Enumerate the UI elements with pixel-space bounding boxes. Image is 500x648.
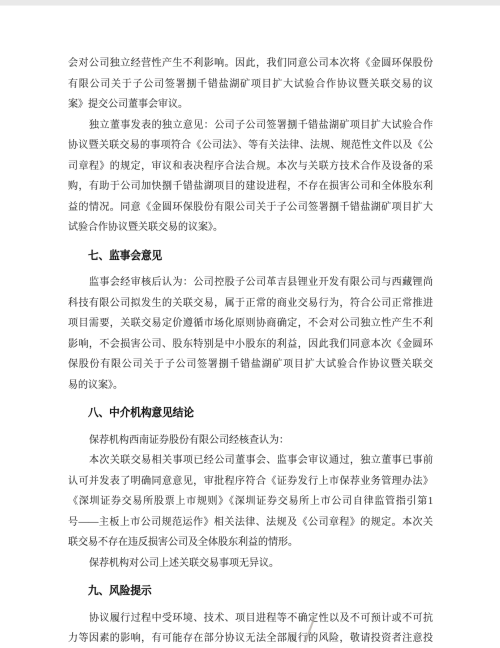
text-line: 会对公司独立经营性产生不利影响。因此，我们同意公司本次将《金圆环保股份 [68,54,433,75]
paragraph: 会对公司独立经营性产生不利影响。因此，我们同意公司本次将《金圆环保股份有限公司关… [68,54,433,116]
text-line: 保荐机构对公司上述关联交易事项无异议。 [68,554,433,575]
text-line: 有限公司关于子公司签署捌千错盐湖矿项目扩大试验合作协议暨关联交易的议 [68,75,433,96]
paragraph: 保荐机构西南证券股份有限公司经核查认为： [68,431,433,452]
text-line: 保荐机构西南证券股份有限公司经核查认为： [68,431,433,452]
text-line: 项目需要，关联交易定价遵循市场化原则协商确定，不会对公司独立性产生不利 [68,314,433,335]
text-line: 益的情况。同意《金圆环保股份有限公司关于子公司签署捌千错盐湖矿项目扩大 [68,198,433,219]
text-line: 购，有助于公司加快捌千错盐湖项目的建设进程，不存在损害公司和全体股东利 [68,177,433,198]
section-heading: 七、监事会意见 [68,247,433,268]
text-line: 《深圳证券交易所股票上市规则》《深圳证券交易所上市公司自律监管指引第1 [68,492,433,513]
text-line: 协议履行过程中受环境、技术、项目进程等不确定性以及不可预计或不可抗 [68,609,433,630]
text-line: 本次关联交易相关事项已经公司董事会、监事会审议通过，独立董事已事前 [68,451,433,472]
text-line: 力等因素的影响，有可能存在部分协议无法全部履行的风险，敬请投资者注意投 [68,629,433,648]
text-line: 案》提交公司董事会审议。 [68,95,433,116]
paragraph: 协议履行过程中受环境、技术、项目进程等不确定性以及不可预计或不可抗力等因素的影响… [68,609,433,648]
paragraph: 独立董事发表的独立意见：公司子公司签署捌千错盐湖矿项目扩大试验合作协议暨关联交易… [68,116,433,239]
text-line: 联交易不存在违反损害公司及全体股东利益的情形。 [68,533,433,554]
page-top-edge-strip [0,0,500,6]
paragraph: 保荐机构对公司上述关联交易事项无异议。 [68,554,433,575]
section-heading: 九、风险提示 [68,582,433,603]
document-content: 会对公司独立经营性产生不利影响。因此，我们同意公司本次将《金圆环保股份有限公司关… [68,54,433,648]
text-line: 科技有限公司拟发生的关联交易，属于正常的商业交易行为，符合公司正常推进 [68,294,433,315]
paragraph: 监事会经审核后认为：公司控股子公司革吉县锂业开发有限公司与西藏锂尚科技有限公司拟… [68,273,433,396]
text-line: 号——主板上市公司规范运作》相关法律、法规及《公司章程》的规定。本次关 [68,513,433,534]
section-heading: 八、中介机构意见结论 [68,404,433,425]
text-line: 认可并发表了明确同意意见，审批程序符合《证券发行上市保荐业务管理办法》 [68,472,433,493]
text-line: 影响，不会损害公司、股东特别是中小股东的利益，因此我们同意本次《金圆环 [68,335,433,356]
text-line: 司章程》的规定，审议和表决程序合法合规。本次与关联方技术合作及设备的采 [68,157,433,178]
text-line: 易的议案》。 [68,376,433,397]
paragraph: 本次关联交易相关事项已经公司董事会、监事会审议通过，独立董事已事前认可并发表了明… [68,451,433,554]
text-line: 独立董事发表的独立意见：公司子公司签署捌千错盐湖矿项目扩大试验合作 [68,116,433,137]
text-line: 监事会经审核后认为：公司控股子公司革吉县锂业开发有限公司与西藏锂尚 [68,273,433,294]
text-line: 保股份有限公司关于子公司签署捌千错盐湖矿项目扩大试验合作协议暨关联交 [68,355,433,376]
text-line: 试验合作协议暨关联交易的议案》。 [68,218,433,239]
text-line: 协议暨关联交易的事项符合《公司法》、等有关法律、法规、规范性文件以及《公 [68,136,433,157]
